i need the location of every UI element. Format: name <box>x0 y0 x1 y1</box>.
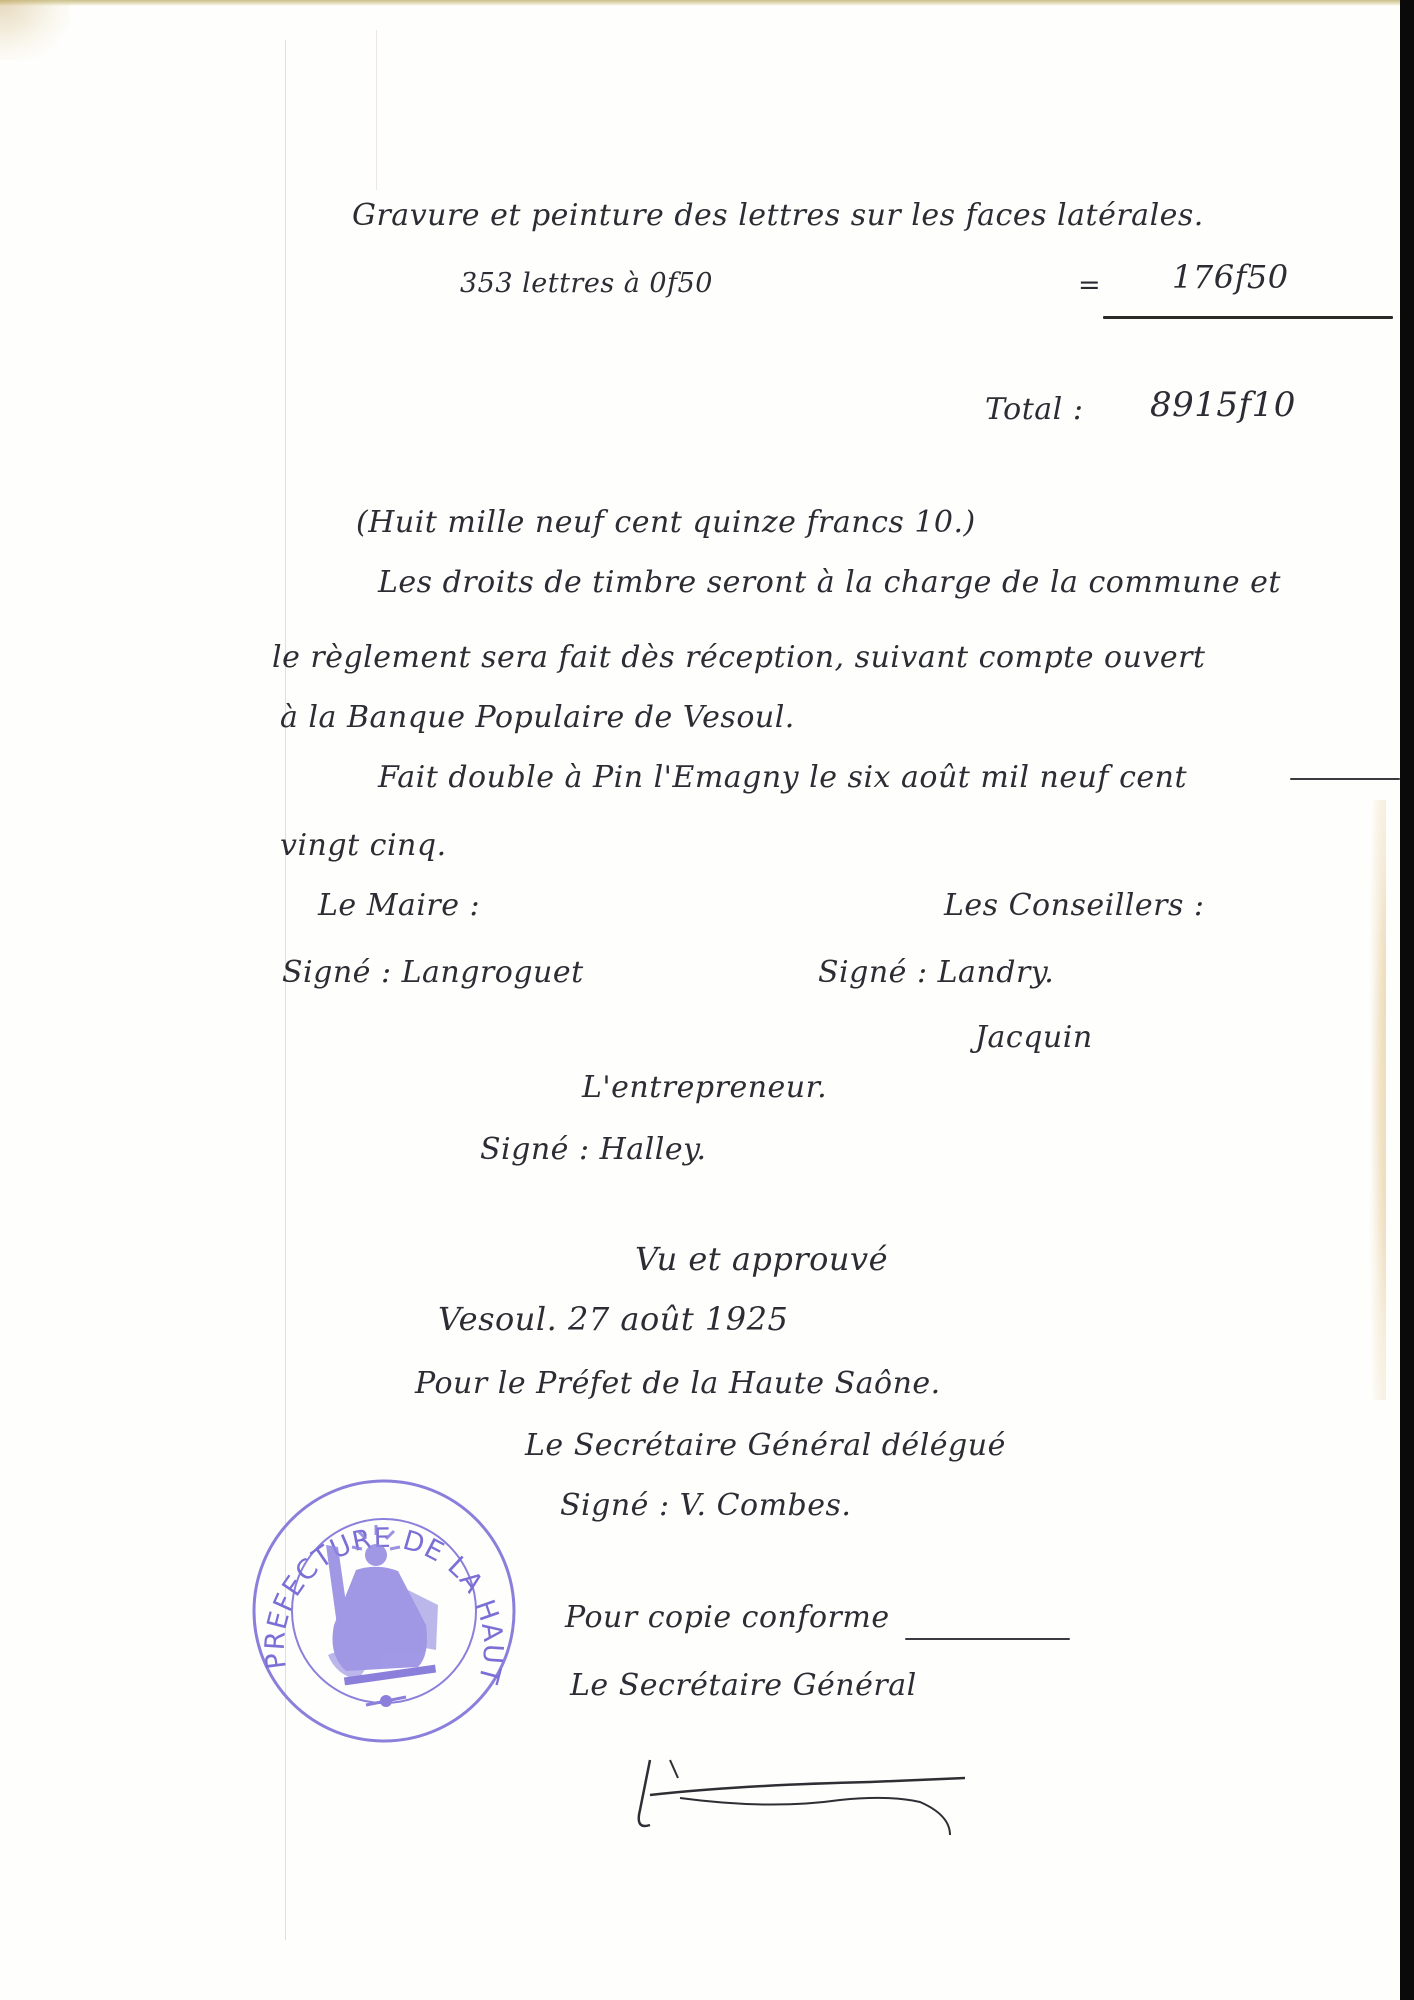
approval-place-date: Vesoul. 27 août 1925 <box>438 1300 788 1338</box>
stamp-seal-icon: PREFECTURE DE LA HAUTE-SAONE <box>248 1475 520 1747</box>
total-amount: 8915f10 <box>1150 385 1296 425</box>
paragraph-line-2: le règlement sera fait dès réception, su… <box>272 640 1205 675</box>
cost-quantity: 353 lettres à 0f50 <box>460 268 713 299</box>
conseillers-second: Jacquin <box>975 1020 1093 1055</box>
cost-amount: 176f50 <box>1172 258 1289 296</box>
cost-description: Gravure et peinture des lettres sur les … <box>352 198 1204 233</box>
paragraph-line-1: Les droits de timbre seront à la charge … <box>378 565 1281 600</box>
maire-title: Le Maire : <box>318 888 480 923</box>
cost-equals: = <box>1078 270 1101 301</box>
maire-signed: Signé : Langroguet <box>282 955 584 990</box>
signature-icon <box>620 1740 1020 1840</box>
paper-foxing <box>1366 800 1386 1400</box>
paragraph-line-3: à la Banque Populaire de Vesoul. <box>280 700 795 735</box>
paragraph-line-5: vingt cinq. <box>280 828 447 863</box>
certification-flourish <box>905 1638 1070 1640</box>
entrepreneur-title: L'entrepreneur. <box>582 1070 827 1105</box>
prefecture-stamp: PREFECTURE DE LA HAUTE-SAONE <box>248 1475 520 1747</box>
certification-line-2: Le Secrétaire Général <box>570 1668 917 1703</box>
total-label: Total : <box>985 392 1083 427</box>
approval-heading: Vu et approuvé <box>635 1240 888 1278</box>
subtotal-rule <box>1103 316 1393 319</box>
paper-stain <box>0 0 70 60</box>
scan-edge <box>1400 0 1414 2000</box>
amount-in-words: (Huit mille neuf cent quinze francs 10.) <box>356 505 976 540</box>
margin-line-faint <box>376 30 377 190</box>
conseillers-signed: Signé : Landry. <box>818 955 1054 990</box>
paragraph-line-4: Fait double à Pin l'Emagny le six août m… <box>378 760 1187 795</box>
document-page: Gravure et peinture des lettres sur les … <box>0 0 1400 2000</box>
handwritten-signature <box>620 1740 1020 1840</box>
conseillers-title: Les Conseillers : <box>944 888 1205 923</box>
line-flourish <box>1290 778 1400 780</box>
entrepreneur-signed: Signé : Halley. <box>480 1132 707 1167</box>
approval-secretary: Le Secrétaire Général délégué <box>525 1428 1006 1463</box>
approval-signed: Signé : V. Combes. <box>560 1488 851 1523</box>
approval-for-prefect: Pour le Préfet de la Haute Saône. <box>415 1366 941 1401</box>
paper-top-edge <box>0 0 1400 6</box>
certification-line-1: Pour copie conforme <box>565 1600 890 1635</box>
